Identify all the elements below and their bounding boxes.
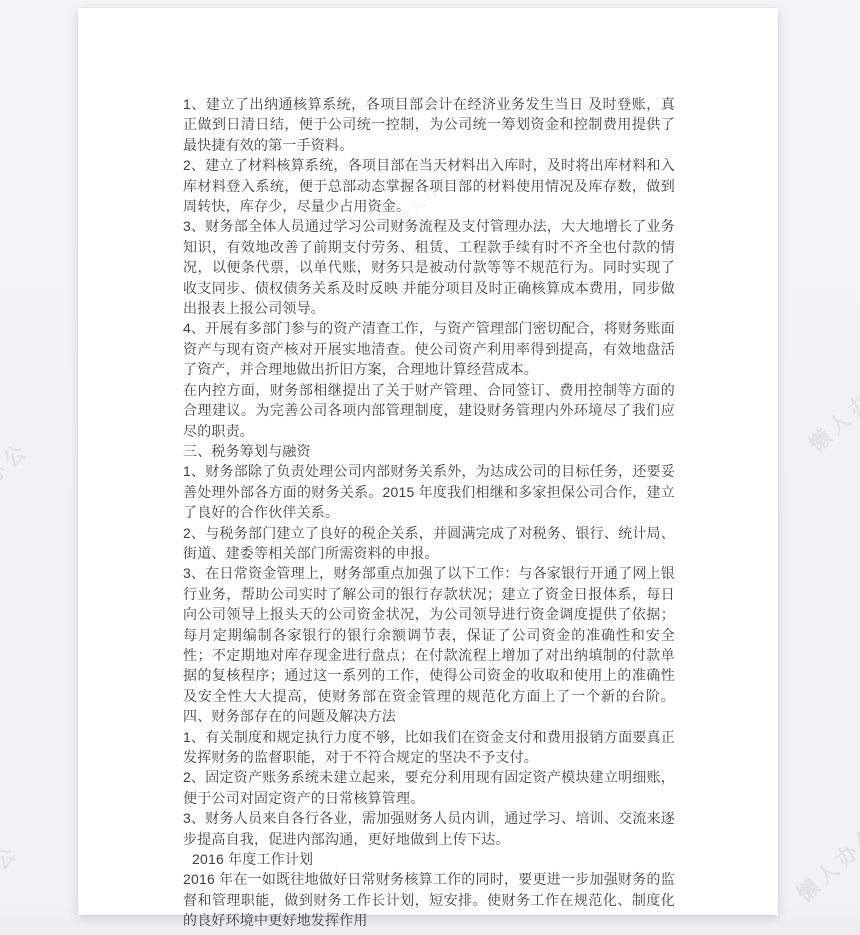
paragraph: 2、与税务部门建立了良好的税企关系，并圆满完成了对税务、银行、统计局、街道、建委…	[183, 523, 675, 564]
app-background: 1、建立了出纳通核算系统，各项目部会计在经济业务发生当日 及时登账，真正做到日清…	[0, 0, 860, 935]
paragraph: 3、财务人员来自各行各业，需加强财务人员内训，通过学习、培训、交流来逐步提高自我…	[183, 808, 675, 849]
paragraph: 4、开展有多部门参与的资产清查工作，与资产管理部门密切配合，将财务账面资产与现有…	[183, 318, 675, 379]
document-content: 1、建立了出纳通核算系统，各项目部会计在经济业务发生当日 及时登账，真正做到日清…	[183, 94, 675, 931]
document-page: 1、建立了出纳通核算系统，各项目部会计在经济业务发生当日 及时登账，真正做到日清…	[78, 8, 778, 915]
watermark-text: 懒人办公	[802, 366, 860, 458]
watermark-text: 懒人办公	[0, 434, 35, 526]
paragraph: 3、在日常资金管理上，财务部重点加强了以下工作：与各家银行开通了网上银行业务，帮…	[183, 563, 675, 726]
paragraph: 2、建立了材料核算系统，各项目部在当天材料出入库时，及时将出库材料和入库材料登入…	[183, 155, 675, 216]
paragraph: 2、固定资产账务系统未建立起来，要充分利用现有固定资产模块建立明细账，便于公司对…	[183, 767, 675, 808]
paragraph: 1、财务部除了负责处理公司内部财务关系外，为达成公司的目标任务，还要妥善处理外部…	[183, 461, 675, 522]
paragraph: 2016 年在一如既往地做好日常财务核算工作的同时，要更进一步加强财务的监督和管…	[183, 869, 675, 930]
paragraph: 2016 年度工作计划	[183, 849, 675, 869]
paragraph: 1、有关制度和规定执行力度不够，比如我们在资金支付和费用报销方面要真正发挥财务的…	[183, 727, 675, 768]
watermark-text: 懒人办公	[790, 816, 860, 908]
paragraph: 3、财务部全体人员通过学习公司财务流程及支付管理办法，大大地增长了业务知识，有效…	[183, 216, 675, 318]
paragraph: 1、建立了出纳通核算系统，各项目部会计在经济业务发生当日 及时登账，真正做到日清…	[183, 94, 675, 155]
watermark-text: 懒人办公	[0, 836, 25, 928]
paragraph: 三、税务筹划与融资	[183, 441, 675, 461]
paragraph: 在内控方面，财务部相继提出了关于财产管理、合同签订、费用控制等方面的合理建议。为…	[183, 380, 675, 441]
